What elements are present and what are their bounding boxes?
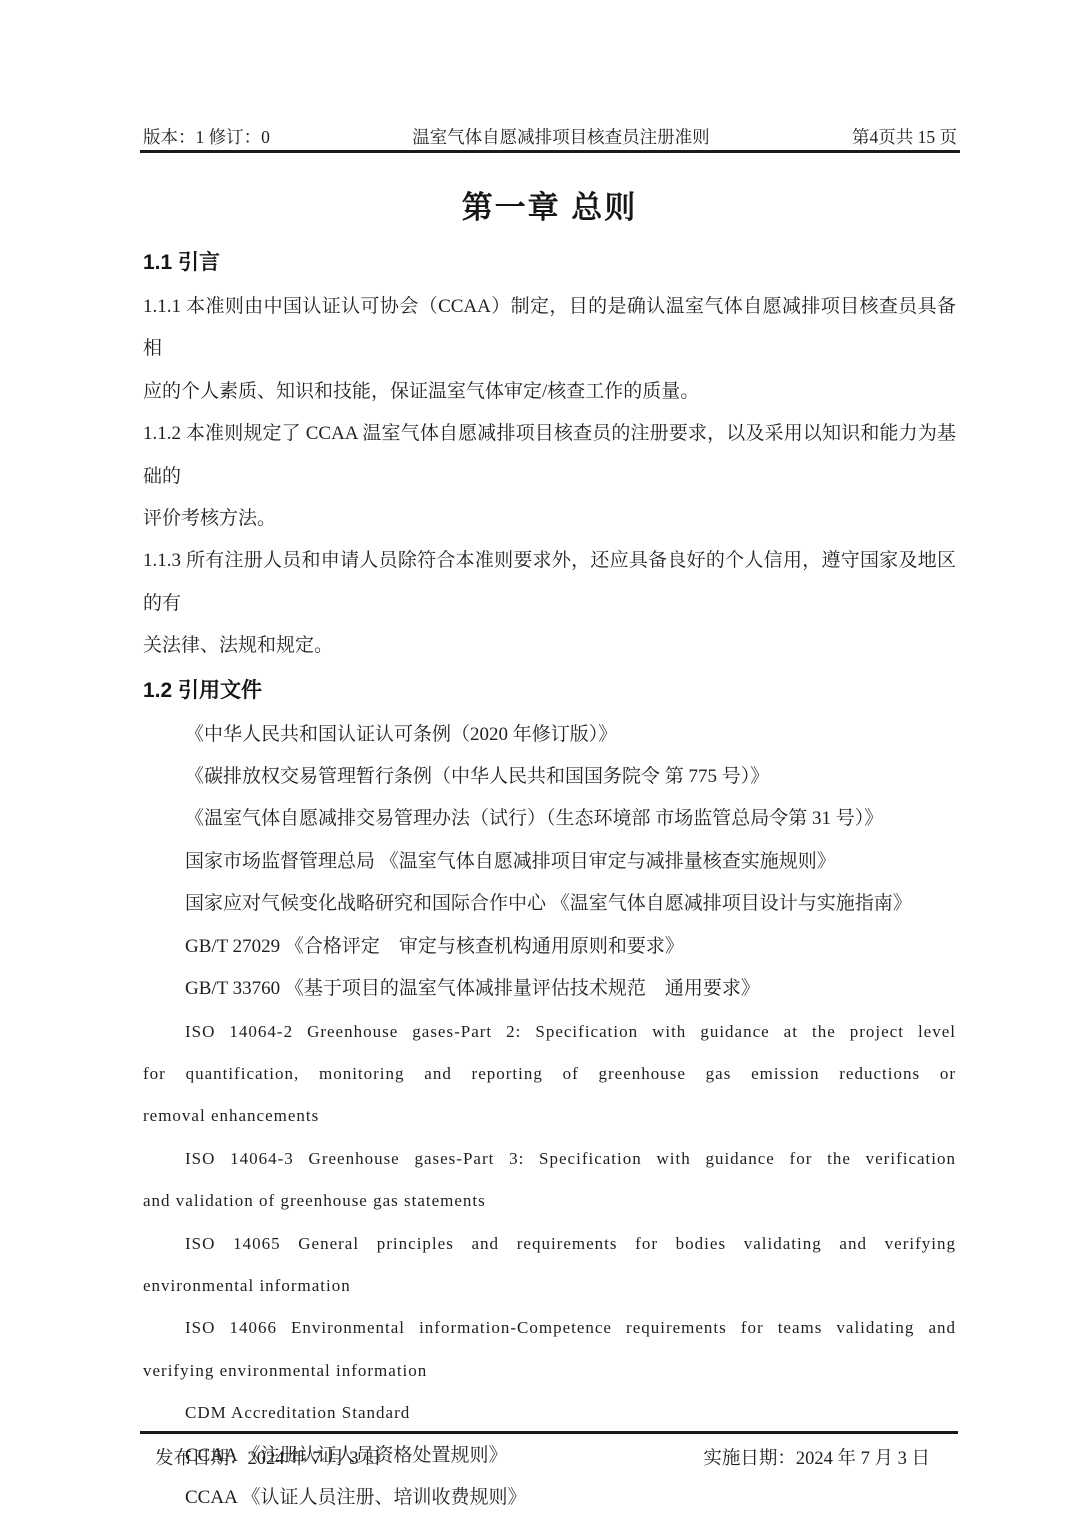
reference-line: removal enhancements — [143, 1095, 956, 1137]
header-doc-title: 温室气体自愿减排项目核查员注册准则 — [412, 124, 710, 149]
footer-publish-date: 发布日期：2024 年 7 月 3 日 — [155, 1444, 382, 1470]
page-header: 版本：1 修订：0 温室气体自愿减排项目核查员注册准则 第4页共 15 页 — [143, 124, 957, 149]
reference-line: ISO 14066 Environmental information-Comp… — [143, 1307, 956, 1349]
header-page-number: 第4页共 15 页 — [852, 124, 957, 149]
reference-line: ISO 14064-2 Greenhouse gases-Part 2: Spe… — [143, 1011, 956, 1053]
reference-line: 国家应对气候变化战略研究和国际合作中心 《温室气体自愿减排项目设计与实施指南》 — [143, 883, 956, 925]
reference-line: 国家市场监督管理总局 《温室气体自愿减排项目审定与减排量核查实施规则》 — [143, 841, 956, 883]
reference-line: environmental information — [143, 1265, 956, 1307]
paragraph-1-1-1-line: 1.1.1 本准则由中国认证认可协会（CCAA）制定，目的是确认温室气体自愿减排… — [143, 286, 956, 371]
document-page: 版本：1 修订：0 温室气体自愿减排项目核查员注册准则 第4页共 15 页 第一… — [0, 0, 1080, 1528]
footer-rule — [140, 1431, 958, 1434]
reference-line: ISO 14064-3 Greenhouse gases-Part 3: Spe… — [143, 1138, 956, 1180]
chapter-title: 第一章 总则 — [143, 180, 956, 240]
reference-line: for quantification, monitoring and repor… — [143, 1053, 956, 1095]
reference-line: verifying environmental information — [143, 1350, 956, 1392]
reference-line: CDM Accreditation Standard — [143, 1392, 956, 1434]
reference-line: GB/T 27029 《合格评定 审定与核查机构通用原则和要求》 — [143, 926, 956, 968]
section-heading-1-2: 1.2 引用文件 — [143, 668, 956, 714]
reference-line: CCAA 《认证人员注册、培训收费规则》 — [143, 1477, 956, 1519]
page-footer: 发布日期：2024 年 7 月 3 日 实施日期：2024 年 7 月 3 日 — [155, 1444, 930, 1470]
reference-line: 《中华人民共和国认证认可条例（2020 年修订版）》 — [143, 714, 956, 756]
paragraph-1-1-2-line: 1.1.2 本准则规定了 CCAA 温室气体自愿减排项目核查员的注册要求，以及采… — [143, 413, 956, 498]
section-heading-1-1: 1.1 引言 — [143, 240, 956, 286]
reference-line: 《温室气体自愿减排交易管理办法（试行）（生态环境部 市场监管总局令第 31 号）… — [143, 798, 956, 840]
paragraph-1-1-1-line: 应的个人素质、知识和技能，保证温室气体审定/核查工作的质量。 — [143, 371, 956, 413]
document-body: 第一章 总则 1.1 引言 1.1.1 本准则由中国认证认可协会（CCAA）制定… — [143, 180, 956, 1519]
footer-implement-date: 实施日期：2024 年 7 月 3 日 — [703, 1444, 930, 1470]
paragraph-1-1-2-line: 评价考核方法。 — [143, 498, 956, 540]
reference-line: and validation of greenhouse gas stateme… — [143, 1180, 956, 1222]
header-rule — [140, 150, 960, 153]
paragraph-1-1-3-line: 1.1.3 所有注册人员和申请人员除符合本准则要求外，还应具备良好的个人信用，遵… — [143, 540, 956, 625]
reference-line: 《碳排放权交易管理暂行条例（中华人民共和国国务院令 第 775 号）》 — [143, 756, 956, 798]
paragraph-1-1-3-line: 关法律、法规和规定。 — [143, 625, 956, 667]
reference-line: GB/T 33760 《基于项目的温室气体减排量评估技术规范 通用要求》 — [143, 968, 956, 1010]
reference-line: ISO 14065 General principles and require… — [143, 1223, 956, 1265]
header-version: 版本：1 修订：0 — [143, 124, 270, 149]
